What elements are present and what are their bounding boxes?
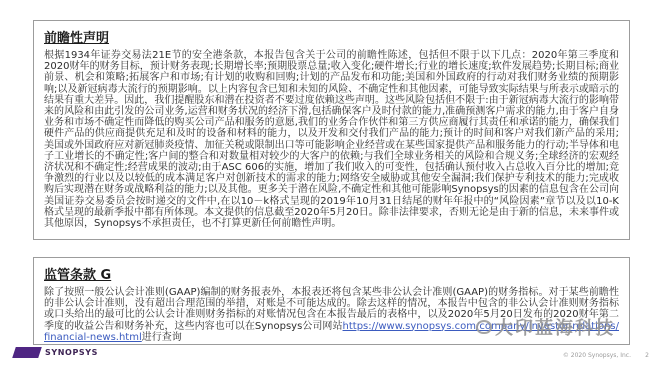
section-regulation-g: 监管条款 G 除了按照一般公认会计准则(GAAP)编制的财务报表外，本报表还将包…: [33, 257, 630, 345]
regulation-g-text-after-link: 进行查询: [142, 332, 182, 343]
synopsys-logo: SYNOPSYS: [14, 347, 98, 358]
section-title-forward-looking: 前瞻性声明: [44, 27, 109, 46]
synopsys-logo-mark-icon: [12, 347, 42, 358]
section-forward-looking-statement: 前瞻性声明 根据1934年证券交易法21E节的安全港条款，本报告包含关于公司的前…: [33, 20, 630, 240]
section-title-regulation-g: 监管条款 G: [44, 264, 111, 283]
page-number: 2: [645, 352, 649, 359]
synopsys-logo-text: SYNOPSYS: [45, 348, 98, 357]
regulation-g-body: 除了按照一般公认会计准则(GAAP)编制的财务报表外，本报表还将包含某些非公认会…: [44, 287, 619, 343]
forward-looking-body: 根据1934年证券交易法21E节的安全港条款，本报告包含关于公司的前瞻性陈述，包…: [44, 50, 619, 229]
copyright-notice: © 2020 Synopsys, Inc.: [563, 352, 631, 359]
